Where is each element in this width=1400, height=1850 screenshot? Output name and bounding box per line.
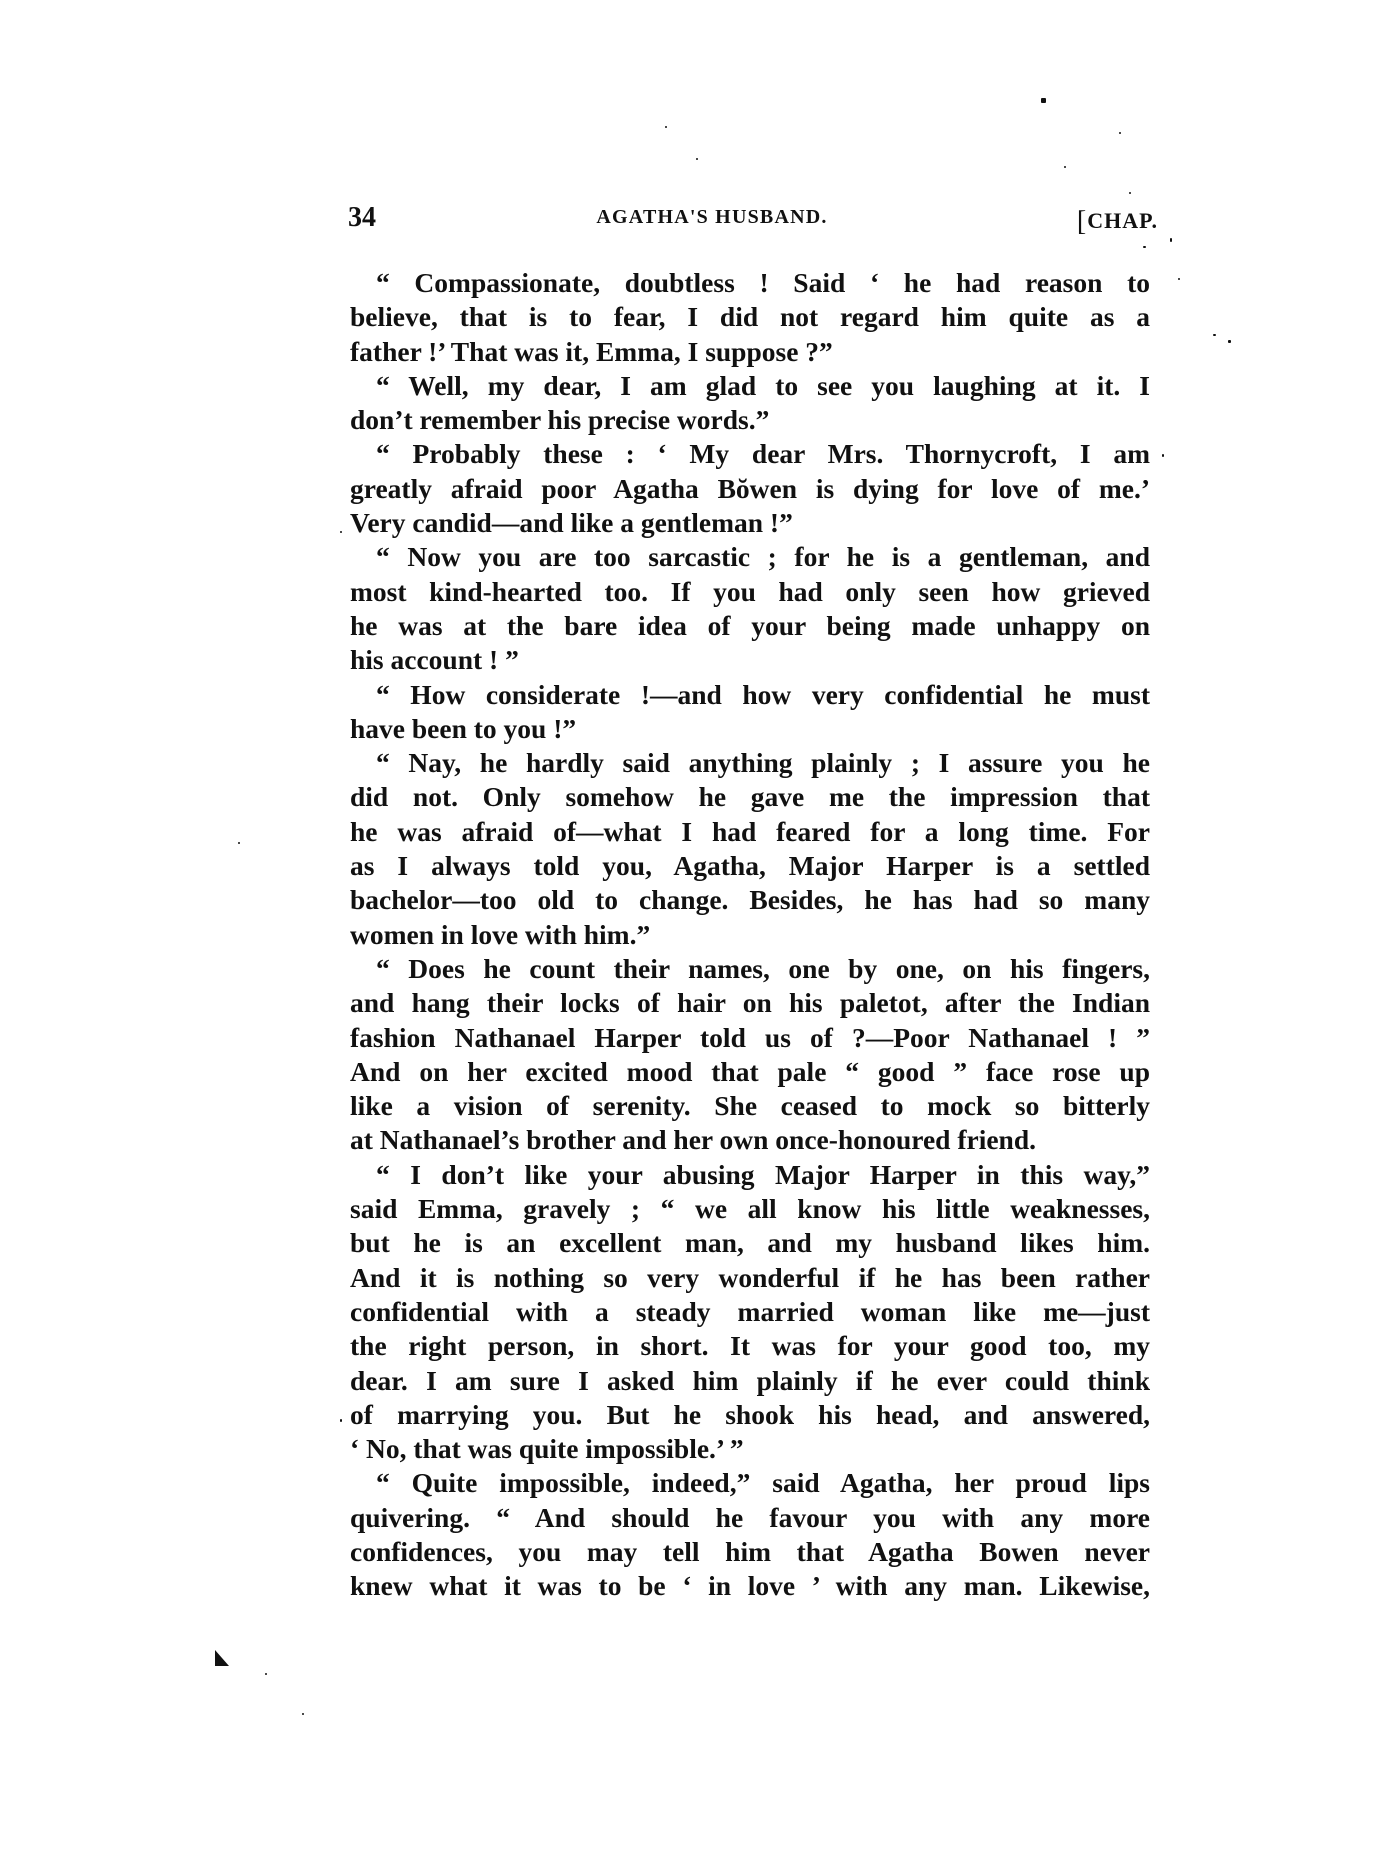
scan-speck bbox=[1228, 340, 1231, 343]
running-head: 34 AGATHA'S HUSBAND. [CHAP. bbox=[348, 200, 1152, 240]
scan-speck bbox=[340, 1419, 342, 1422]
scan-speck bbox=[1178, 278, 1180, 280]
text-line: did not. Only somehow he gave me the imp… bbox=[350, 780, 1150, 814]
text-line: dear. I am sure I asked him plainly if h… bbox=[350, 1364, 1150, 1398]
text-line: confidential with a steady married woman… bbox=[350, 1295, 1150, 1329]
text-line: bachelor—too old to change. Besides, he … bbox=[350, 883, 1150, 917]
text-line: ‘ No, that was quite impossible.’ ” bbox=[350, 1432, 1150, 1466]
text-line: confidences, you may tell him that Agath… bbox=[350, 1535, 1150, 1569]
body-text: “ Compassionate, doubtless ! Said ‘ he h… bbox=[350, 266, 1150, 1604]
scan-speck bbox=[1119, 132, 1121, 134]
chapter-marker: [CHAP. bbox=[1077, 204, 1158, 236]
text-line: greatly afraid poor Agatha Bŏwen is dyin… bbox=[350, 472, 1150, 506]
text-line: believe, that is to fear, I did not rega… bbox=[350, 300, 1150, 334]
book-page: 34 AGATHA'S HUSBAND. [CHAP. “ Compassion… bbox=[0, 0, 1400, 1850]
scan-speck bbox=[696, 158, 698, 160]
text-line: at Nathanael’s brother and her own once-… bbox=[350, 1123, 1150, 1157]
text-line: and hang their locks of hair on his pale… bbox=[350, 986, 1150, 1020]
text-line: “ I don’t like your abusing Major Harper… bbox=[350, 1158, 1150, 1192]
scan-speck bbox=[265, 1673, 267, 1675]
scan-speck bbox=[302, 1713, 304, 1715]
text-line: fashion Nathanael Harper told us of ?—Po… bbox=[350, 1021, 1150, 1055]
text-line: “ Now you are too sarcastic ; for he is … bbox=[350, 540, 1150, 574]
text-line: father !’ That was it, Emma, I suppose ?… bbox=[350, 335, 1150, 369]
scan-speck bbox=[1170, 238, 1172, 242]
text-line: he was at the bare idea of your being ma… bbox=[350, 609, 1150, 643]
text-line: most kind-hearted too. If you had only s… bbox=[350, 575, 1150, 609]
printer-mark-icon bbox=[215, 1650, 229, 1666]
scan-speck bbox=[1143, 246, 1146, 248]
text-line: said Emma, gravely ; “ we all know his l… bbox=[350, 1192, 1150, 1226]
scan-speck bbox=[1129, 192, 1131, 194]
scan-speck bbox=[1213, 334, 1216, 336]
text-line: “ Nay, he hardly said anything plainly ;… bbox=[350, 746, 1150, 780]
text-line: “ Probably these : ‘ My dear Mrs. Thorny… bbox=[350, 437, 1150, 471]
text-line: “ Compassionate, doubtless ! Said ‘ he h… bbox=[350, 266, 1150, 300]
scan-speck bbox=[1162, 454, 1164, 457]
text-line: “ Quite impossible, indeed,” said Agatha… bbox=[350, 1466, 1150, 1500]
text-line: but he is an excellent man, and my husba… bbox=[350, 1226, 1150, 1260]
scan-speck bbox=[238, 842, 240, 844]
chapter-bracket: [ bbox=[1077, 206, 1087, 237]
scan-speck bbox=[340, 531, 342, 533]
text-line: And on her excited mood that pale “ good… bbox=[350, 1055, 1150, 1089]
running-title: AGATHA'S HUSBAND. bbox=[348, 206, 1152, 229]
chapter-label: CHAP. bbox=[1087, 208, 1158, 233]
text-line: “ How considerate !—and how very confide… bbox=[350, 678, 1150, 712]
text-line: “ Does he count their names, one by one,… bbox=[350, 952, 1150, 986]
text-line: knew what it was to be ‘ in love ’ with … bbox=[350, 1569, 1150, 1603]
text-line: quivering. “ And should he favour you wi… bbox=[350, 1501, 1150, 1535]
text-line: his account ! ” bbox=[350, 643, 1150, 677]
text-line: the right person, in short. It was for y… bbox=[350, 1329, 1150, 1363]
text-line: as I always told you, Agatha, Major Harp… bbox=[350, 849, 1150, 883]
text-line: women in love with him.” bbox=[350, 918, 1150, 952]
text-line: “ Well, my dear, I am glad to see you la… bbox=[350, 369, 1150, 403]
text-line: of marrying you. But he shook his head, … bbox=[350, 1398, 1150, 1432]
text-line: he was afraid of—what I had feared for a… bbox=[350, 815, 1150, 849]
scan-speck bbox=[1041, 98, 1046, 103]
text-line: like a vision of serenity. She ceased to… bbox=[350, 1089, 1150, 1123]
text-line: Very candid—and like a gentleman !” bbox=[350, 506, 1150, 540]
text-line: have been to you !” bbox=[350, 712, 1150, 746]
text-line: And it is nothing so very wonderful if h… bbox=[350, 1261, 1150, 1295]
scan-speck bbox=[1064, 166, 1066, 168]
running-title-text: AGATHA'S HUSBAND. bbox=[596, 206, 827, 229]
text-line: don’t remember his precise words.” bbox=[350, 403, 1150, 437]
scan-speck bbox=[665, 126, 667, 128]
